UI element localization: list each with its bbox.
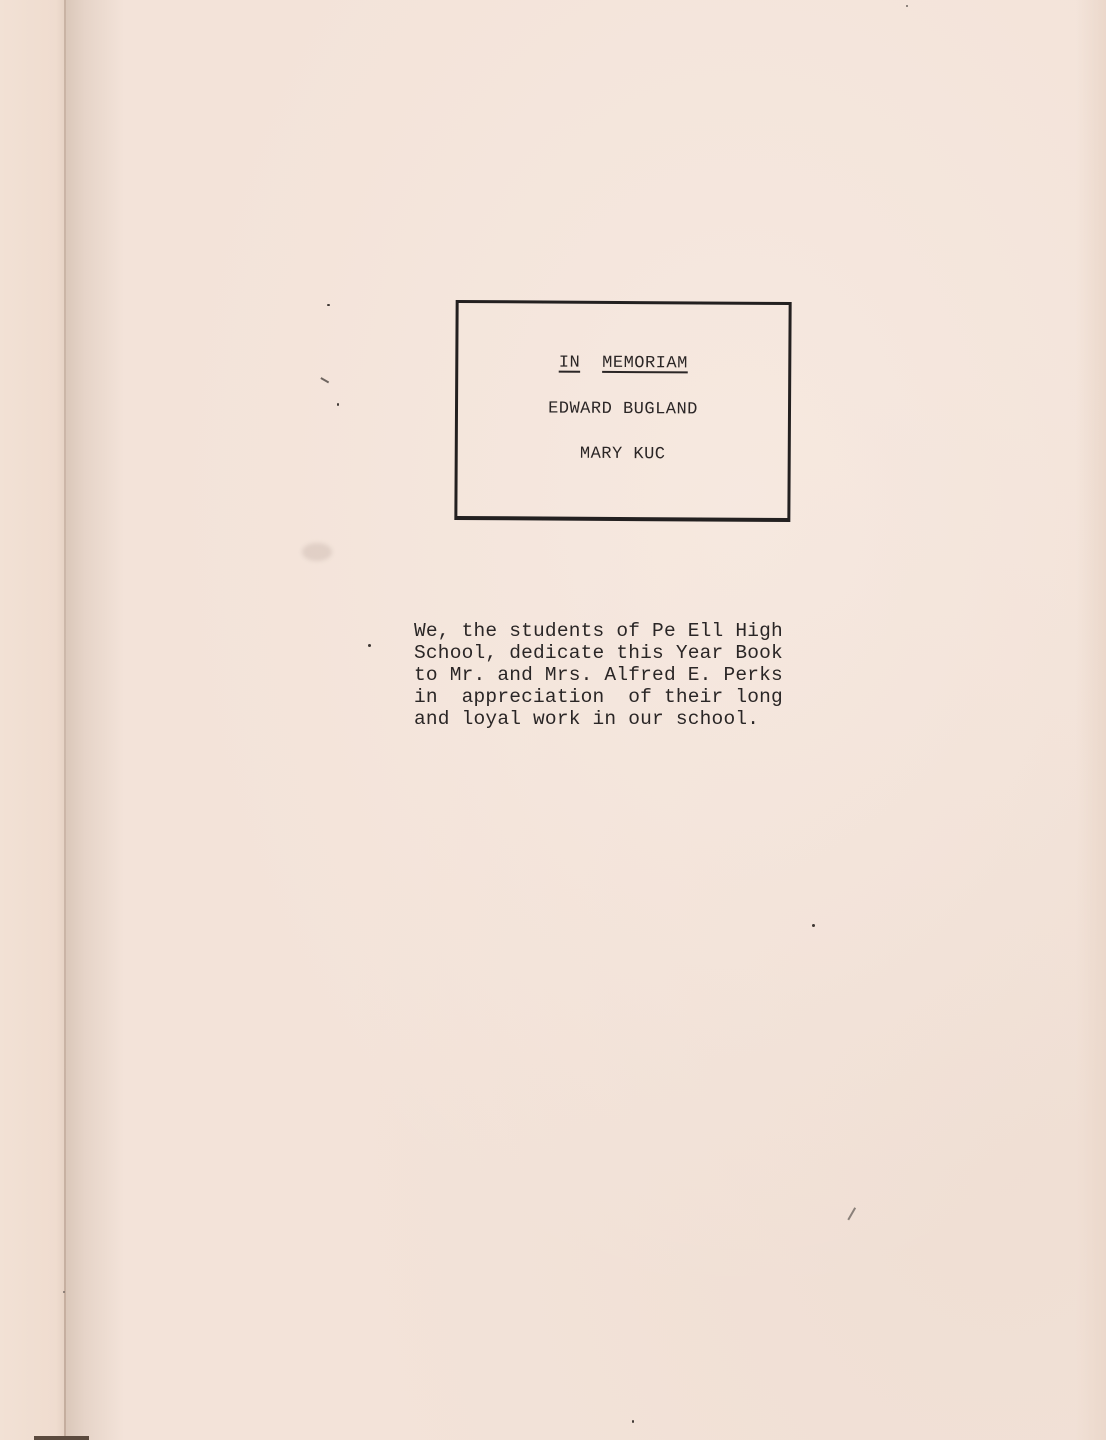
in-memoriam-heading: INMEMORIAM: [458, 353, 788, 374]
in-memoriam-box: INMEMORIAM EDWARD BUGLAND MARY KUC: [454, 300, 791, 522]
page-right-edge: [1076, 0, 1106, 1440]
ink-speck: [337, 403, 339, 406]
ink-speck: [368, 644, 371, 647]
binding-gutter: [64, 0, 66, 1440]
heading-word-memoriam: MEMORIAM: [602, 354, 688, 374]
scan-bottom-edge: [34, 1436, 89, 1440]
dedication-line: and loyal work in our school.: [414, 708, 844, 730]
dedication-line: in appreciation of their long: [414, 686, 844, 708]
paper-smudge: [302, 543, 332, 561]
dedication-line: We, the students of Pe Ell High: [414, 620, 844, 642]
memoriam-name: EDWARD BUGLAND: [458, 399, 788, 420]
memoriam-name: MARY KUC: [458, 444, 788, 465]
ink-speck: [906, 5, 908, 7]
heading-word-in: IN: [559, 354, 581, 373]
binding-shadow: [64, 0, 124, 1440]
ink-speck: [327, 304, 330, 306]
dedication-line: to Mr. and Mrs. Alfred E. Perks: [414, 664, 844, 686]
ink-speck: [812, 924, 815, 927]
dedication-line: School, dedicate this Year Book: [414, 642, 844, 664]
dedication-paragraph: We, the students of Pe Ell High School, …: [414, 620, 844, 730]
ink-speck: [63, 1291, 65, 1293]
ink-speck: [632, 1420, 634, 1423]
previous-page-edge: [0, 0, 66, 1440]
